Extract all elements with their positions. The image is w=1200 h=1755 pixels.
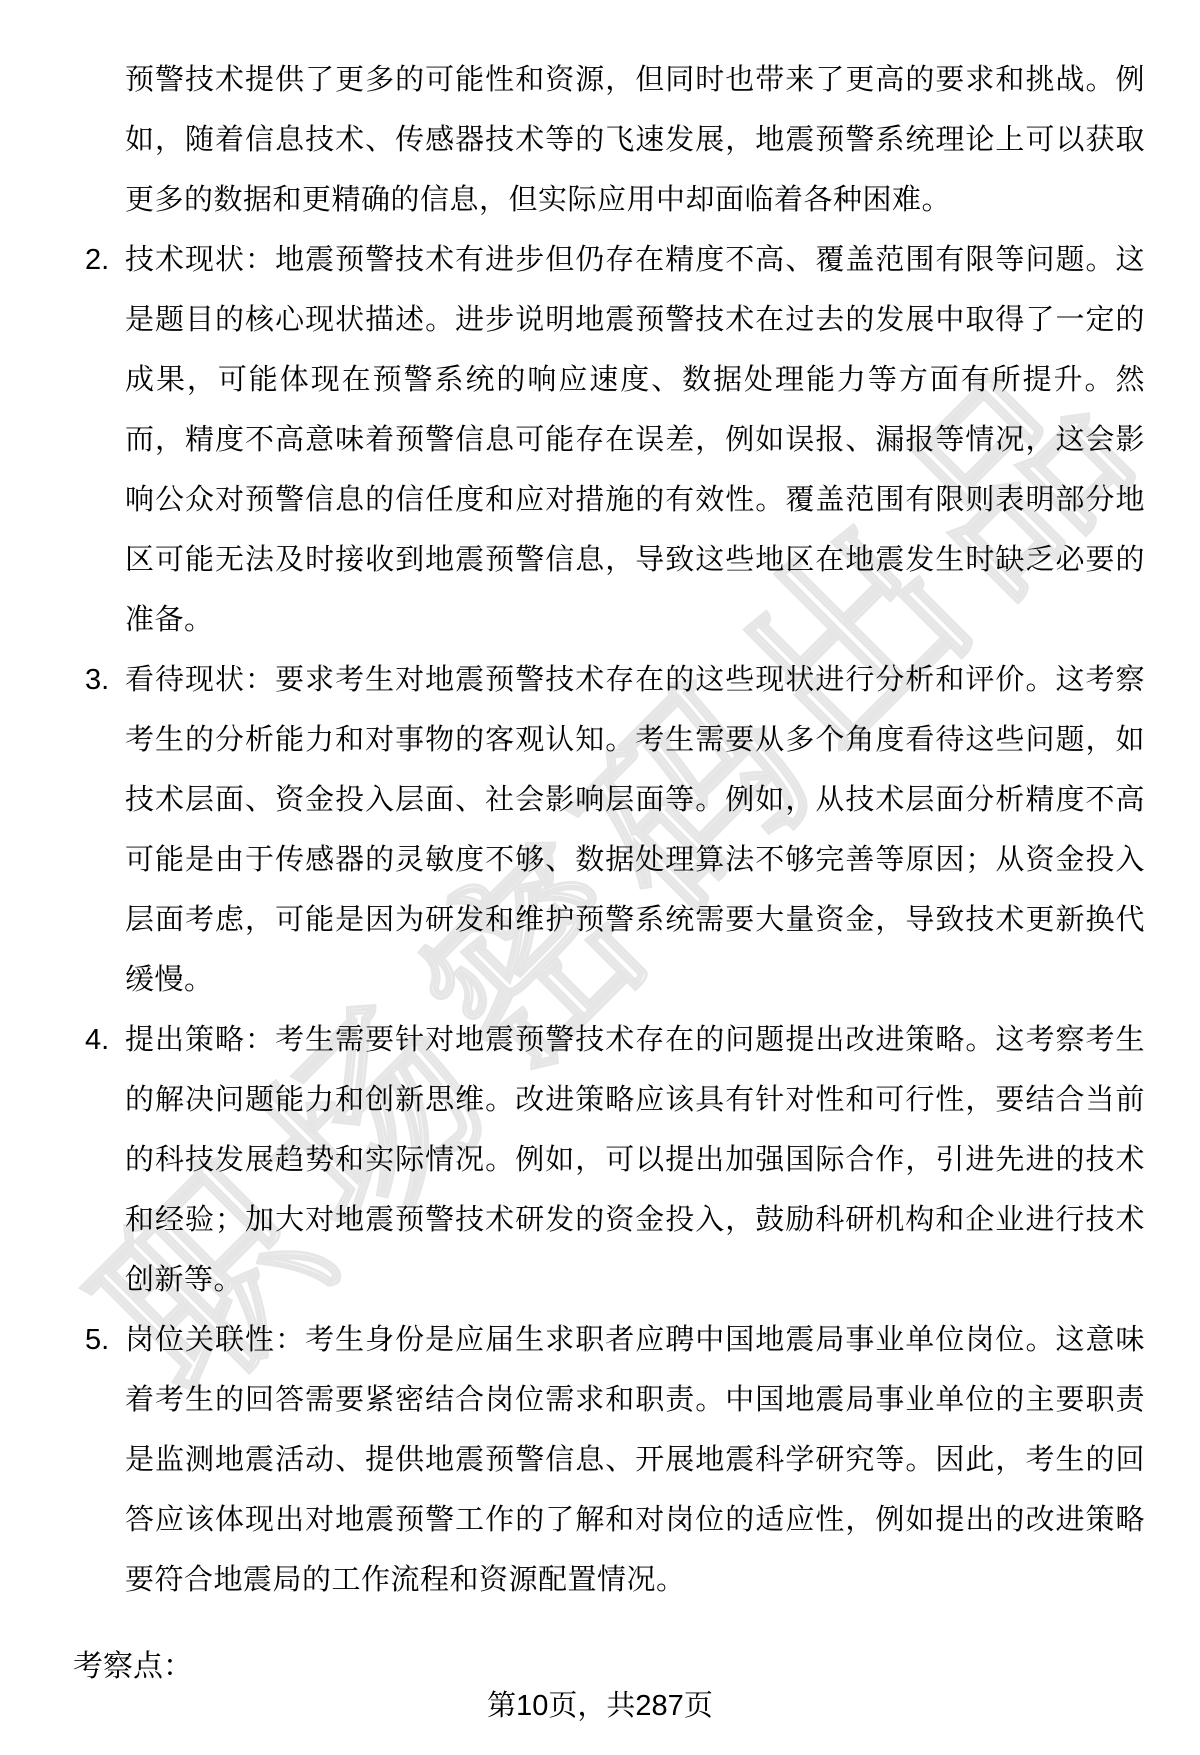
list-item: 5. 岗位关联性：考生身份是应届生求职者应聘中国地震局事业单位岗位。这意味着考生… — [125, 1310, 1145, 1610]
list-item: 2. 技术现状：地震预警技术有进步但仍存在精度不高、覆盖范围有限等问题。这是题目… — [125, 230, 1145, 650]
document-body: 预警技术提供了更多的可能性和资源，但同时也带来了更高的要求和挑战。例如，随着信息… — [125, 50, 1145, 1610]
list-item-number: 5. — [85, 1310, 109, 1370]
list-item: 3. 看待现状：要求考生对地震预警技术存在的这些现状进行分析和评价。这考察考生的… — [125, 650, 1145, 1010]
section-label: 考察点： — [73, 1652, 193, 1682]
list-item-number: 3. — [85, 650, 109, 710]
document-page: 职场密码出品 预警技术提供了更多的可能性和资源，但同时也带来了更高的要求和挑战。… — [0, 0, 1200, 1755]
list-item-number: 2. — [85, 230, 109, 290]
page-indicator: 第10页，共287页 — [0, 1692, 1200, 1721]
list-item-number: 4. — [85, 1010, 109, 1070]
list-item-text: 岗位关联性：考生身份是应届生求职者应聘中国地震局事业单位岗位。这意味着考生的回答… — [125, 1324, 1145, 1596]
list-item-text: 技术现状：地震预警技术有进步但仍存在精度不高、覆盖范围有限等问题。这是题目的核心… — [125, 244, 1145, 636]
intro-continuation-paragraph: 预警技术提供了更多的可能性和资源，但同时也带来了更高的要求和挑战。例如，随着信息… — [125, 50, 1145, 230]
list-item-text: 看待现状：要求考生对地震预警技术存在的这些现状进行分析和评价。这考察考生的分析能… — [125, 664, 1145, 996]
list-item: 4. 提出策略：考生需要针对地震预警技术存在的问题提出改进策略。这考察考生的解决… — [125, 1010, 1145, 1310]
list-item-text: 提出策略：考生需要针对地震预警技术存在的问题提出改进策略。这考察考生的解决问题能… — [125, 1024, 1145, 1296]
